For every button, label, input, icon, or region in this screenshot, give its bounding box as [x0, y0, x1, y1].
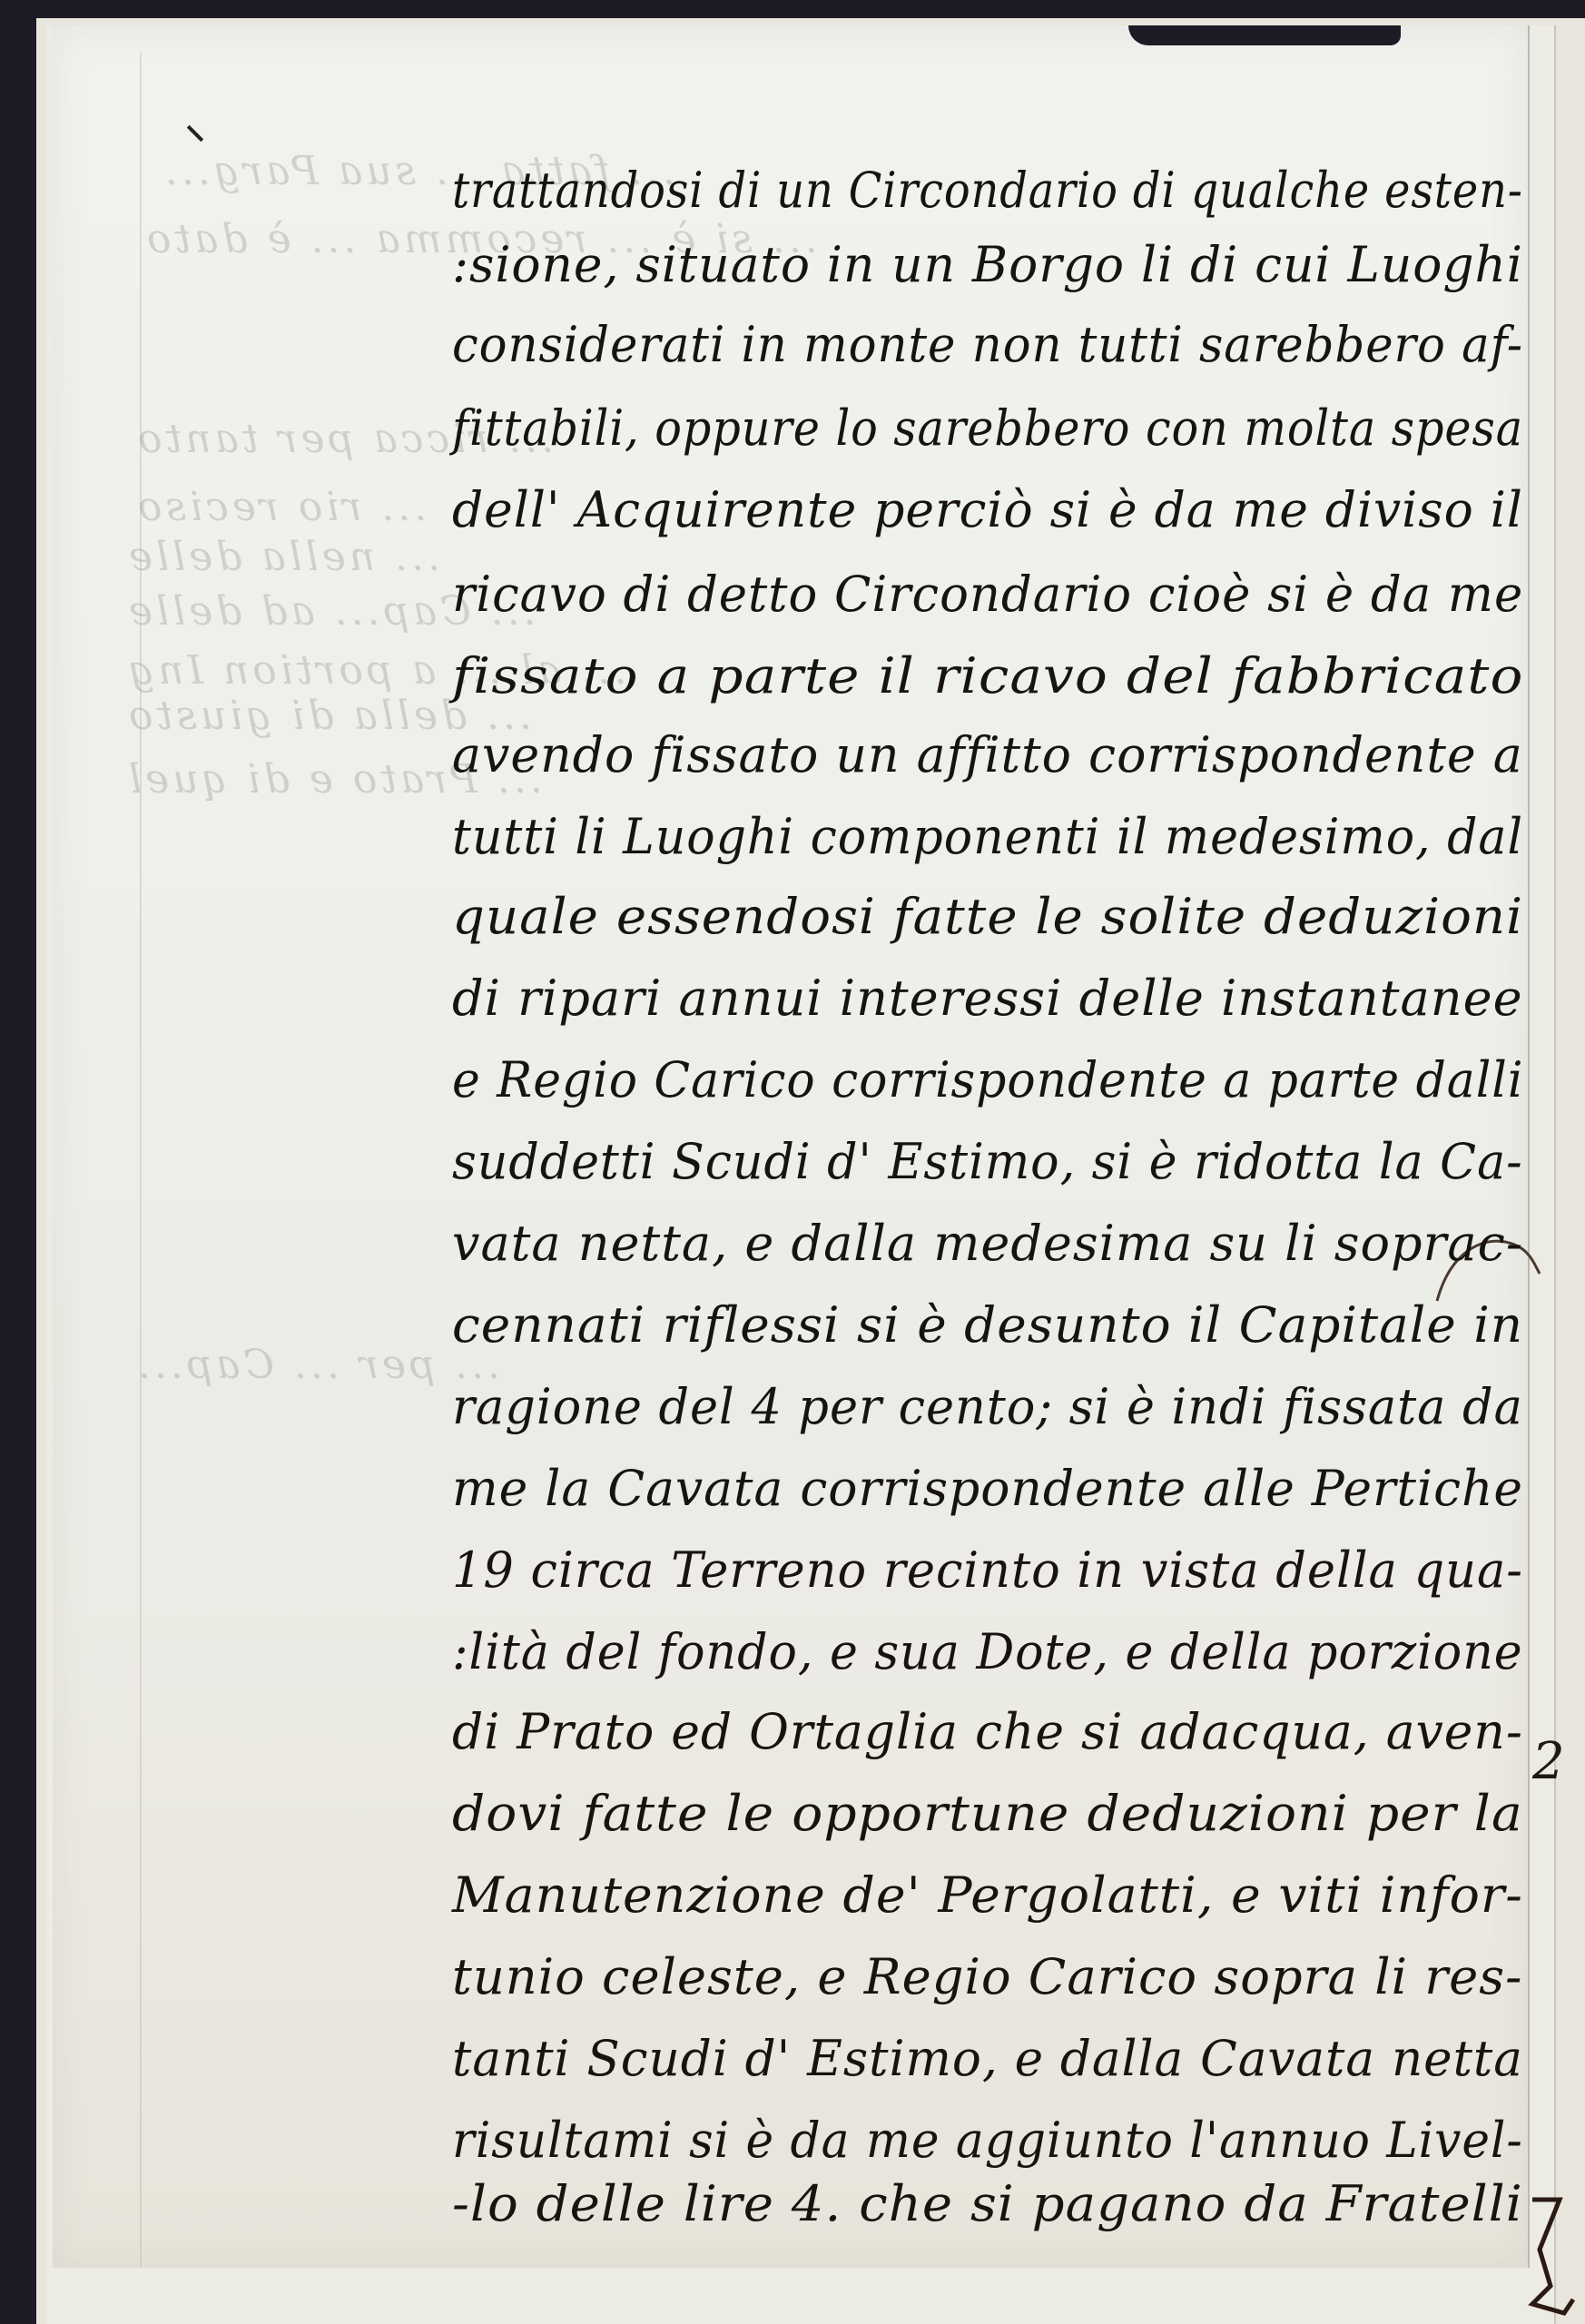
- text-line: quale essendosi fatte le solite deduzion…: [452, 888, 1523, 945]
- text-line: vata netta, e dalla medesima su li sopra…: [452, 1215, 1523, 1272]
- text-line: :lità del fondo, e sua Dote, e della por…: [452, 1623, 1523, 1680]
- text-line: tutti li Luoghi componenti il medesimo, …: [452, 808, 1523, 865]
- margin-tick-mark: [187, 125, 203, 142]
- text-line: :sione, situato in un Borgo li di cui Lu…: [452, 236, 1523, 293]
- margin-numeral: 2: [1532, 1732, 1565, 1791]
- text-line: ricavo di detto Circondario cioè si è da…: [452, 566, 1523, 623]
- text-line: fittabili, oppure lo sarebbero con molta…: [452, 399, 1523, 457]
- text-line: risultami si è da me aggiunto l'annuo Li…: [452, 2112, 1523, 2169]
- text-line: tanti Scudi d' Estimo, e dalla Cavata ne…: [452, 2030, 1523, 2087]
- text-line: avendo fissato un affitto corrispondente…: [452, 726, 1523, 783]
- text-line: dell' Acquirente perciò si è da me divis…: [452, 481, 1523, 538]
- text-line: cennati riflessi si è desunto il Capital…: [452, 1296, 1523, 1354]
- text-line: -lo delle lire 4. che si pagano da Frate…: [452, 2175, 1523, 2232]
- text-line: di Prato ed Ortaglia che si adacqua, ave…: [452, 1703, 1523, 1760]
- text-line: Manutenzione de' Pergolatti, e viti info…: [452, 1866, 1523, 1924]
- text-line: trattandosi di un Circondario di qualche…: [452, 162, 1523, 219]
- manuscript-page: ... fatta ... sua Parg... ... si è ... r…: [53, 25, 1530, 2268]
- text-line: fissato a parte il ricavo del fabbricato: [452, 647, 1523, 704]
- page-fold-line: [140, 53, 142, 2268]
- bleed-line: ... nella delle: [125, 534, 440, 580]
- text-line: e Regio Carico corrispondente a parte da…: [452, 1051, 1523, 1108]
- text-line: me la Cavata corrispondente alle Pertich…: [452, 1460, 1523, 1517]
- text-line: ragione del 4 per cento; si è indi fissa…: [452, 1378, 1523, 1435]
- torn-top-edge: [1128, 25, 1401, 45]
- text-line: 19 circa Terreno recinto in vista della …: [452, 1541, 1523, 1599]
- closing-bracket-stroke: [1523, 2195, 1578, 2322]
- text-line: considerati in monte non tutti sarebbero…: [452, 316, 1523, 373]
- bleed-line: ... per ... Cap...: [134, 1342, 500, 1388]
- text-line: di ripari annui interessi delle instanta…: [452, 970, 1523, 1027]
- text-line: suddetti Scudi d' Estimo, si è ridotta l…: [452, 1133, 1523, 1190]
- bleed-line: ... rio reciso: [134, 484, 427, 530]
- text-line: dovi fatte le opportune deduzioni per la: [452, 1785, 1523, 1842]
- text-line: tunio celeste, e Regio Carico sopra li r…: [452, 1948, 1522, 2005]
